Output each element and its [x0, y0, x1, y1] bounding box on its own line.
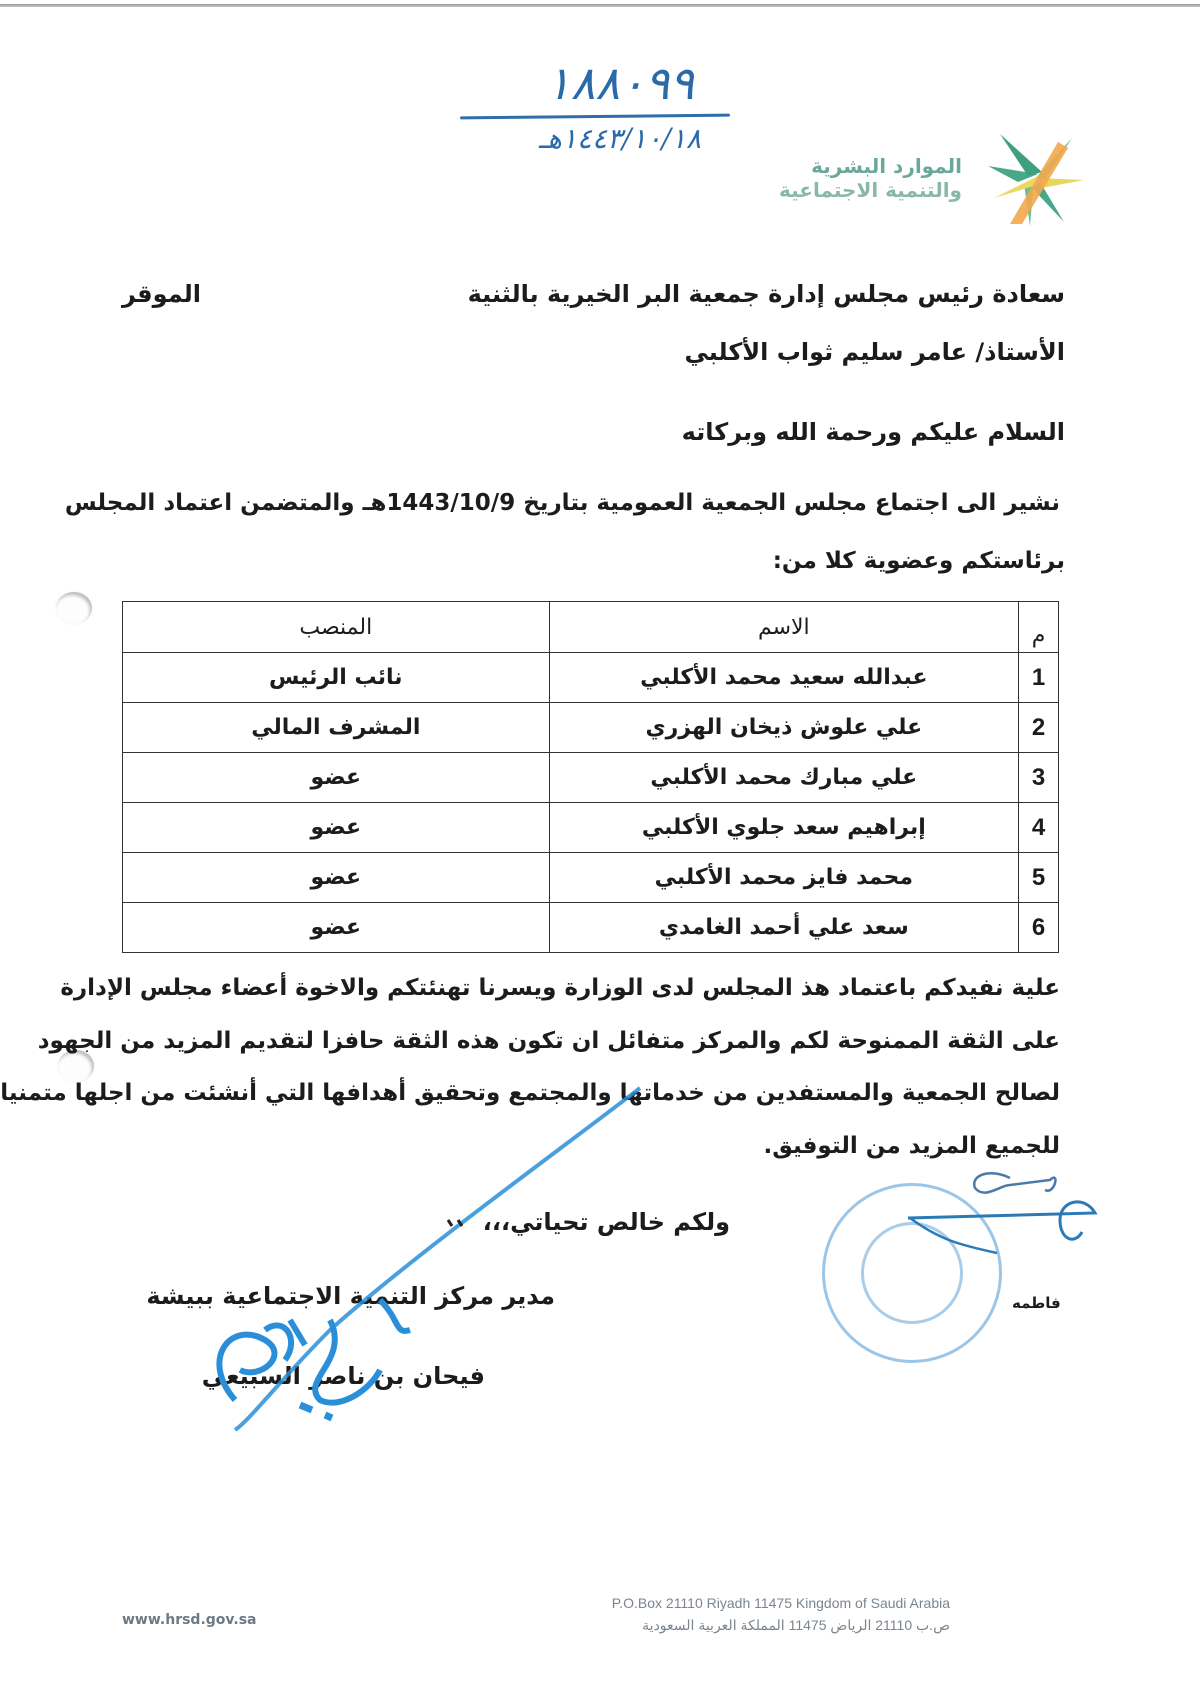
footer-address: P.O.Box 21110 Riyadh 11475 Kingdom of Sa… [612, 1592, 950, 1636]
page-top-edge [0, 4, 1200, 7]
table-row: 2 علي علوش ذيخان الهزري المشرف المالي [123, 703, 1059, 753]
intro-line-1: نشير الى اجتماع مجلس الجمعية العمومية بت… [120, 490, 1060, 516]
table-row: 4 إبراهيم سعد جلوي الأكلبي عضو [123, 803, 1059, 853]
member-name: علي علوش ذيخان الهزري [549, 703, 1018, 753]
star-emblem-icon [980, 128, 1090, 228]
footer-address-en: P.O.Box 21110 Riyadh 11475 Kingdom of Sa… [612, 1592, 950, 1614]
body-line-3: لصالح الجمعية والمستفدين من خدماتها والم… [120, 1080, 1060, 1106]
member-role: المشرف المالي [123, 703, 550, 753]
intro-line-2: برئاستكم وعضوية كلا من: [773, 548, 1065, 574]
stamp-initials [974, 1173, 1055, 1192]
table-row: 3 علي مبارك محمد الأكلبي عضو [123, 753, 1059, 803]
ministry-logo: الموارد البشرية والتنمية الاجتماعية [779, 128, 1090, 228]
member-name: عبدالله سعيد محمد الأكلبي [549, 653, 1018, 703]
body-line-4: للجميع المزيد من التوفيق. [764, 1133, 1061, 1159]
row-number: 6 [1019, 903, 1059, 953]
row-number: 5 [1019, 853, 1059, 903]
member-role: عضو [123, 803, 550, 853]
table-row: 6 سعد علي أحمد الغامدي عضو [123, 903, 1059, 953]
member-role: عضو [123, 753, 550, 803]
board-members-table: م الاسم المنصب 1 عبدالله سعيد محمد الأكل… [122, 601, 1059, 953]
punch-hole [58, 1050, 94, 1082]
official-stamp [822, 1183, 1002, 1363]
member-name: علي مبارك محمد الأكلبي [549, 753, 1018, 803]
stamp-signer-name: فاطمه [1012, 1294, 1061, 1312]
header-name: الاسم [549, 602, 1018, 653]
member-role: نائب الرئيس [123, 653, 550, 703]
ministry-name-line1: الموارد البشرية [779, 154, 962, 178]
greeting: السلام عليكم ورحمة الله وبركاته [682, 418, 1065, 446]
closing-regards: ولكم خالص تحياتي،،، [483, 1208, 730, 1236]
ministry-name-line2: والتنمية الاجتماعية [779, 178, 962, 202]
member-name: سعد علي أحمد الغامدي [549, 903, 1018, 953]
addressee-line: سعادة رئيس مجلس إدارة جمعية البر الخيرية… [468, 280, 1065, 308]
table-row: 5 محمد فايز محمد الأكلبي عضو [123, 853, 1059, 903]
signatory-title: مدير مركز التنمية الاجتماعية ببيشة [146, 1282, 555, 1310]
stamp-inner-circle [861, 1222, 963, 1324]
header-role: المنصب [123, 602, 550, 653]
addressee-name: الأستاذ/ عامر سليم ثواب الأكلبي [684, 338, 1065, 366]
body-line-2: على الثقة الممنوحة لكم والمركز متفائل ان… [120, 1028, 1060, 1054]
footer-website[interactable]: www.hrsd.gov.sa [122, 1612, 257, 1628]
reference-date: ١٤٤٣/١٠/١٨هـ [480, 122, 760, 155]
row-number: 4 [1019, 803, 1059, 853]
handwritten-reference: ١٨٨٠٩٩ ١٤٤٣/١٠/١٨هـ [480, 55, 760, 155]
ministry-name: الموارد البشرية والتنمية الاجتماعية [779, 154, 962, 202]
footer-address-ar: ص.ب 21110 الرياض 11475 المملكة العربية ا… [612, 1614, 950, 1636]
row-number: 3 [1019, 753, 1059, 803]
table-header-row: م الاسم المنصب [123, 602, 1059, 653]
member-role: عضو [123, 903, 550, 953]
row-number: 2 [1019, 703, 1059, 753]
row-number: 1 [1019, 653, 1059, 703]
table-row: 1 عبدالله سعيد محمد الأكلبي نائب الرئيس [123, 653, 1059, 703]
signatory-name: فيحان بن ناصر السبيعي [202, 1362, 485, 1390]
body-line-1: علية نفيدكم باعتماد هذ المجلس لدى الوزار… [120, 975, 1060, 1001]
honorific: الموقر [122, 280, 201, 308]
member-name: إبراهيم سعد جلوي الأكلبي [549, 803, 1018, 853]
punch-hole [56, 592, 92, 624]
reference-number: ١٨٨٠٩٩ [480, 55, 760, 111]
reference-divider [460, 114, 730, 120]
member-name: محمد فايز محمد الأكلبي [549, 853, 1018, 903]
member-role: عضو [123, 853, 550, 903]
header-number: م [1019, 602, 1059, 653]
